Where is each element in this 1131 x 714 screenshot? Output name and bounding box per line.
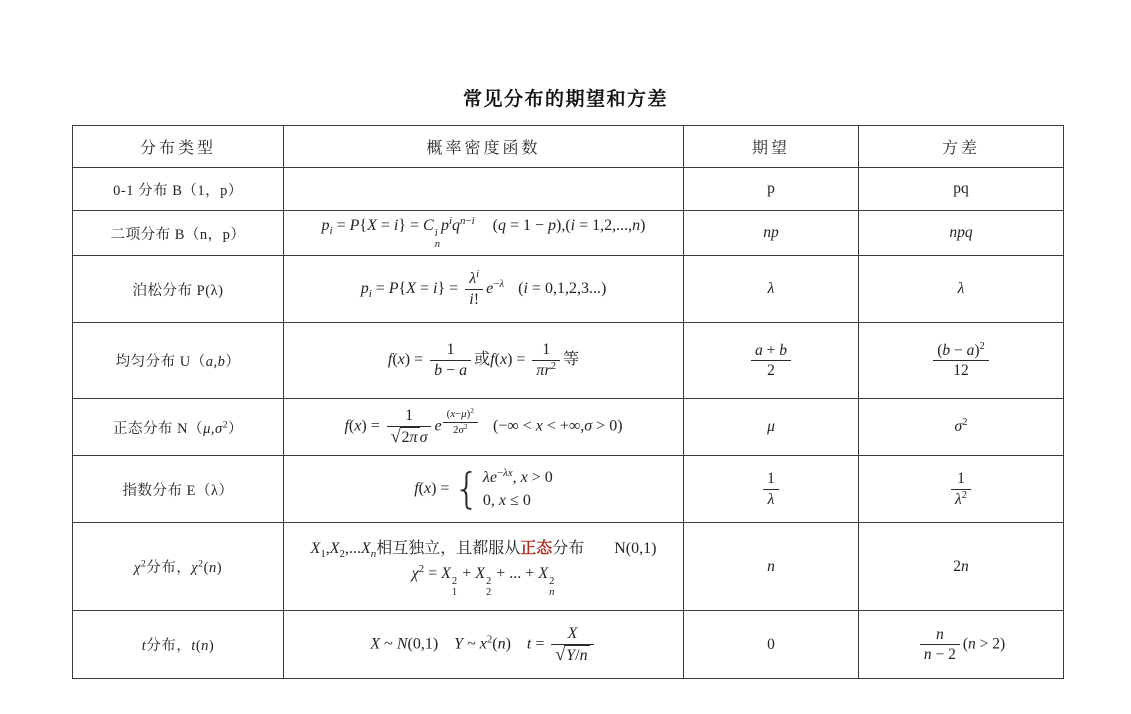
cell-pdf (284, 168, 684, 211)
table-row-bernoulli: 0-1 分布 B（1，p）ppq (73, 168, 1064, 211)
document-page: 常见分布的期望和方差 分布类型 概率密度函数 期望 方差 0-1 分布 B（1，… (0, 0, 1131, 714)
table-row-binomial: 二项分布 B（n，p）pi = P{X = i} = Cinpiqn−i(q =… (73, 211, 1064, 256)
table-row-poisson: 泊松分布 P(λ)pi = P{X = i} = λii!e−λ(i = 0,1… (73, 256, 1064, 323)
cell-pdf: pi = P{X = i} = Cinpiqn−i(q = 1 − p),(i … (284, 211, 684, 256)
col-header-type: 分布类型 (73, 126, 284, 168)
col-header-mean: 期望 (684, 126, 859, 168)
cell-mean: p (684, 168, 859, 211)
cell-mean: μ (684, 399, 859, 456)
cell-pdf: f(x) = 1b − a或f(x) = 1πr2等 (284, 323, 684, 399)
cell-variance: npq (859, 211, 1064, 256)
row-label: 均匀分布 U（a,b） (73, 323, 284, 399)
table-row-t: t分布，t(n)X ~ N(0,1)Y ~ x2(n)t = X√Y/n0nn … (73, 611, 1064, 679)
cell-pdf: f(x) = {λe−λx, x > 00, x ≤ 0 (284, 456, 684, 523)
cell-variance: σ2 (859, 399, 1064, 456)
cell-mean: np (684, 211, 859, 256)
col-header-variance: 方差 (859, 126, 1064, 168)
cell-variance: nn − 2(n > 2) (859, 611, 1064, 679)
table-row-chi-square: χ2分布，χ2(n)X1,X2,...Xn相互独立，且都服从正态分布N(0,1)… (73, 523, 1064, 611)
table-body: 0-1 分布 B（1，p）ppq二项分布 B（n，p）pi = P{X = i}… (73, 168, 1064, 679)
row-label: 0-1 分布 B（1，p） (73, 168, 284, 211)
cell-variance: λ (859, 256, 1064, 323)
cell-pdf: f(x) = 1√2πσe(x−μ)22σ2(−∞ < x < +∞,σ > 0… (284, 399, 684, 456)
cell-mean: n (684, 523, 859, 611)
cell-variance: (b − a)212 (859, 323, 1064, 399)
cell-mean: a + b2 (684, 323, 859, 399)
row-label: χ2分布，χ2(n) (73, 523, 284, 611)
cell-variance: 1λ2 (859, 456, 1064, 523)
distribution-table: 分布类型 概率密度函数 期望 方差 0-1 分布 B（1，p）ppq二项分布 B… (72, 125, 1064, 679)
cell-mean: 0 (684, 611, 859, 679)
cell-variance: pq (859, 168, 1064, 211)
cell-mean: λ (684, 256, 859, 323)
cell-mean: 1λ (684, 456, 859, 523)
cell-pdf: pi = P{X = i} = λii!e−λ(i = 0,1,2,3...) (284, 256, 684, 323)
table-row-exponential: 指数分布 E（λ）f(x) = {λe−λx, x > 00, x ≤ 01λ1… (73, 456, 1064, 523)
cell-pdf: X ~ N(0,1)Y ~ x2(n)t = X√Y/n (284, 611, 684, 679)
row-label: t分布，t(n) (73, 611, 284, 679)
table-row-uniform: 均匀分布 U（a,b）f(x) = 1b − a或f(x) = 1πr2等a +… (73, 323, 1064, 399)
table-row-normal: 正态分布 N（μ,σ2）f(x) = 1√2πσe(x−μ)22σ2(−∞ < … (73, 399, 1064, 456)
row-label: 正态分布 N（μ,σ2） (73, 399, 284, 456)
cell-pdf: X1,X2,...Xn相互独立，且都服从正态分布N(0,1)χ2 = X21 +… (284, 523, 684, 611)
col-header-pdf: 概率密度函数 (284, 126, 684, 168)
row-label: 指数分布 E（λ） (73, 456, 284, 523)
row-label: 二项分布 B（n，p） (73, 211, 284, 256)
header-row: 分布类型 概率密度函数 期望 方差 (73, 126, 1064, 168)
page-title: 常见分布的期望和方差 (0, 84, 1131, 111)
cell-variance: 2n (859, 523, 1064, 611)
row-label: 泊松分布 P(λ) (73, 256, 284, 323)
